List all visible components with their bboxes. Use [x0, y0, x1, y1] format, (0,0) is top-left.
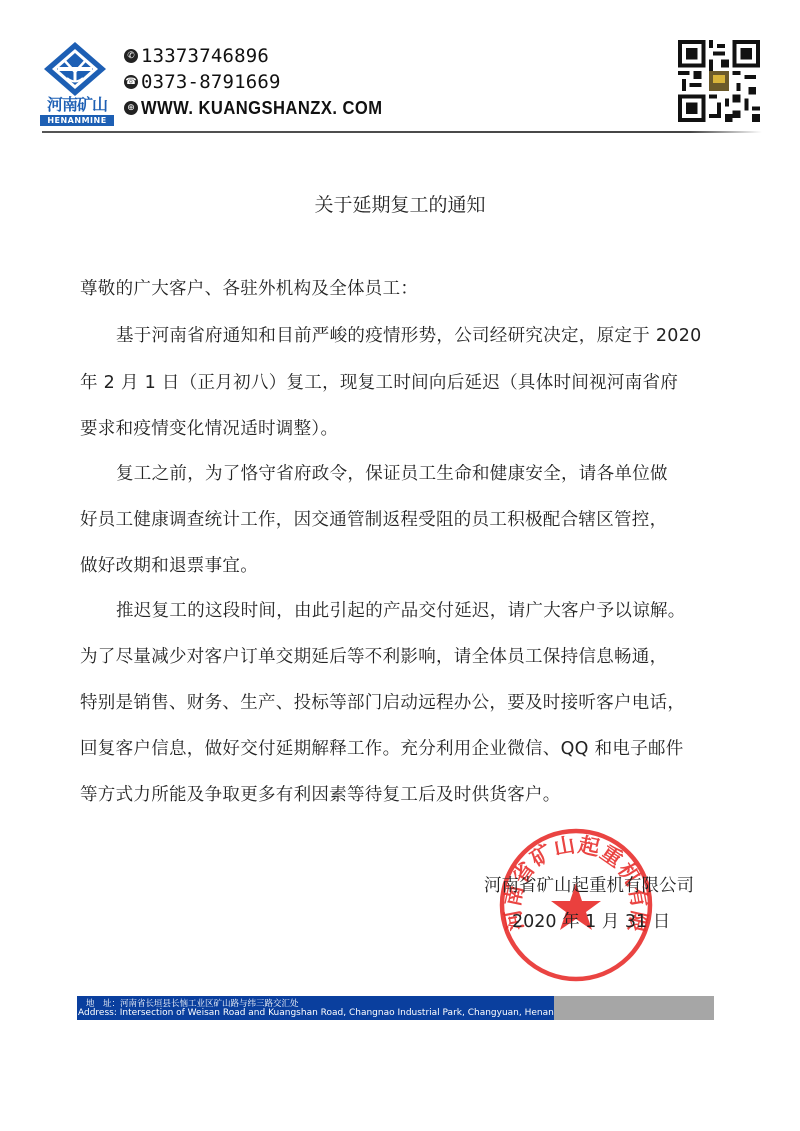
mobile-number: 13373746896: [141, 45, 269, 67]
globe-icon: ⊕: [124, 101, 138, 115]
salutation: 尊敬的广大客户、各驻外机构及全体员工：: [80, 275, 418, 300]
paragraph-2-line-3: 做好改期和退票事宜。: [80, 552, 258, 577]
qr-code-icon: [678, 40, 760, 122]
logo-name-cn: 河南矿山: [38, 96, 116, 114]
paragraph-2-line-1: 复工之前，为了恪守省府政令，保证员工生命和健康安全，请各单位做: [116, 460, 668, 485]
paragraph-3-line-2: 为了尽量减少对客户订单交期延后等不利影响，请全体员工保持信息畅通，: [80, 643, 667, 668]
paragraph-3-line-5: 等方式力所能及争取更多有利因素等待复工后及时供货客户。: [80, 781, 561, 806]
website-url[interactable]: WWW. KUANGSHANZX. COM: [141, 97, 382, 119]
footer-gray-band: [554, 996, 714, 1020]
phone-icon: ✆: [124, 49, 138, 63]
contact-mobile: ✆ 13373746896: [124, 45, 269, 67]
signature-company: 河南省矿山起重机有限公司: [484, 872, 694, 897]
document-title: 关于延期复工的通知: [0, 190, 800, 217]
logo-name-en: HENANMINE: [40, 115, 114, 126]
paragraph-3-line-4: 回复客户信息，做好交付延期解释工作。充分利用企业微信、QQ 和电子邮件: [80, 735, 684, 760]
contact-website: ⊕ WWW. KUANGSHANZX. COM: [124, 97, 403, 119]
footer-address-en: Address: Intersection of Weisan Road and…: [78, 1008, 554, 1018]
signature-date: 2020 年 1 月 31 日: [512, 908, 670, 933]
paragraph-1-line-2: 年 2 月 1 日（正月初八）复工，现复工时间向后延迟（具体时间视河南省府: [80, 369, 678, 394]
paragraph-3-line-3: 特别是销售、财务、生产、投标等部门启动远程办公，要及时接听客户电话，: [80, 689, 685, 714]
header-divider: [42, 131, 762, 133]
paragraph-1-line-1: 基于河南省府通知和目前严峻的疫情形势，公司经研究决定，原定于 2020: [116, 322, 702, 347]
paragraph-2-line-2: 好员工健康调查统计工作，因交通管制返程受阻的员工积极配合辖区管控，: [80, 506, 667, 531]
company-seal: 河南省矿山起重机有限公司: [496, 825, 656, 985]
fax-number: 0373-8791669: [141, 71, 281, 93]
paragraph-1-line-3: 要求和疫情变化情况适时调整）。: [80, 415, 338, 440]
logo-emblem-icon: [40, 40, 110, 98]
contact-fax: ☎ 0373-8791669: [124, 71, 281, 93]
paragraph-3-line-1: 推迟复工的这段时间，由此引起的产品交付延迟，请广大客户予以谅解。: [116, 597, 686, 622]
fax-icon: ☎: [124, 75, 138, 89]
